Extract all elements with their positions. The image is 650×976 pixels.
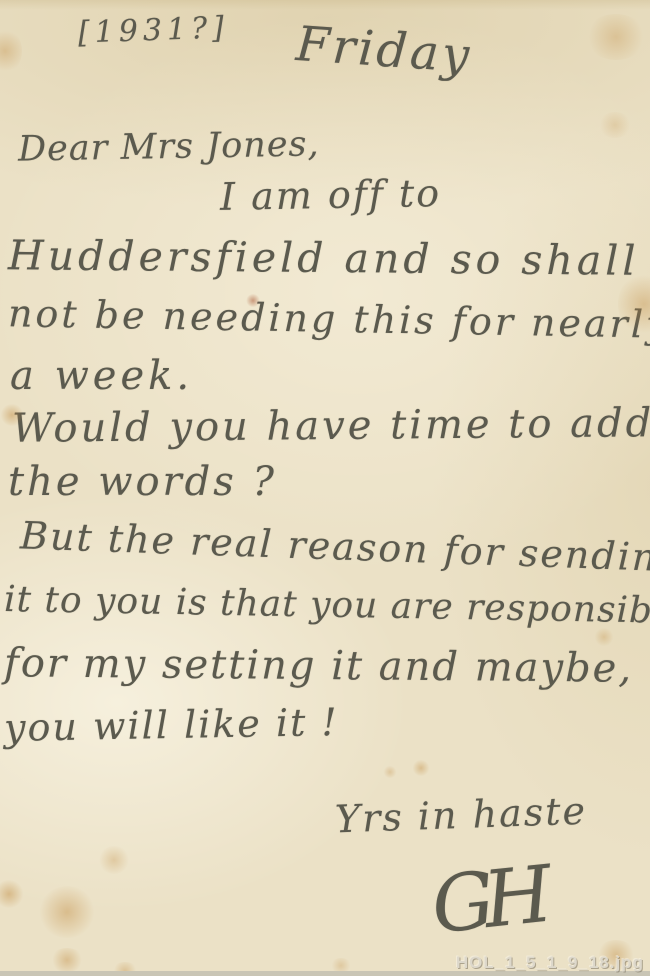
stain xyxy=(98,846,130,874)
signature: GH xyxy=(428,856,546,945)
stain xyxy=(598,112,632,138)
date-annotation: [1931?] xyxy=(78,13,230,48)
filename-watermark: HOL_1_5_1_9_18.jpg xyxy=(456,953,644,973)
letter-line: you will like it ! xyxy=(4,703,339,747)
letter-line: it to you is that you are responsible xyxy=(4,582,650,630)
stain xyxy=(50,948,84,972)
letter-line: But the real reason for sending xyxy=(20,516,650,577)
stain xyxy=(38,886,96,938)
letter-line: the words ? xyxy=(8,462,277,502)
salutation: Dear Mrs Jones, xyxy=(18,127,320,167)
letter-line: for my setting it and maybe, xyxy=(4,643,633,688)
letter-line: Huddersfield and so shall xyxy=(8,235,640,282)
date-day: Friday xyxy=(295,20,474,80)
letter-line: I am off to xyxy=(220,174,442,216)
letter-line: Would you have time to add xyxy=(12,403,650,449)
letter-line: not be needing this for nearly xyxy=(8,294,650,344)
closing: Yrs in haste xyxy=(334,792,587,839)
stain xyxy=(0,28,22,74)
letter-scan: [1931?] Friday Dear Mrs Jones, I am off … xyxy=(0,0,650,976)
letter-line: a week. xyxy=(10,356,193,396)
stain xyxy=(594,628,614,646)
stain xyxy=(585,14,647,60)
stain xyxy=(383,766,397,778)
stain xyxy=(412,760,430,776)
stain xyxy=(0,880,24,908)
